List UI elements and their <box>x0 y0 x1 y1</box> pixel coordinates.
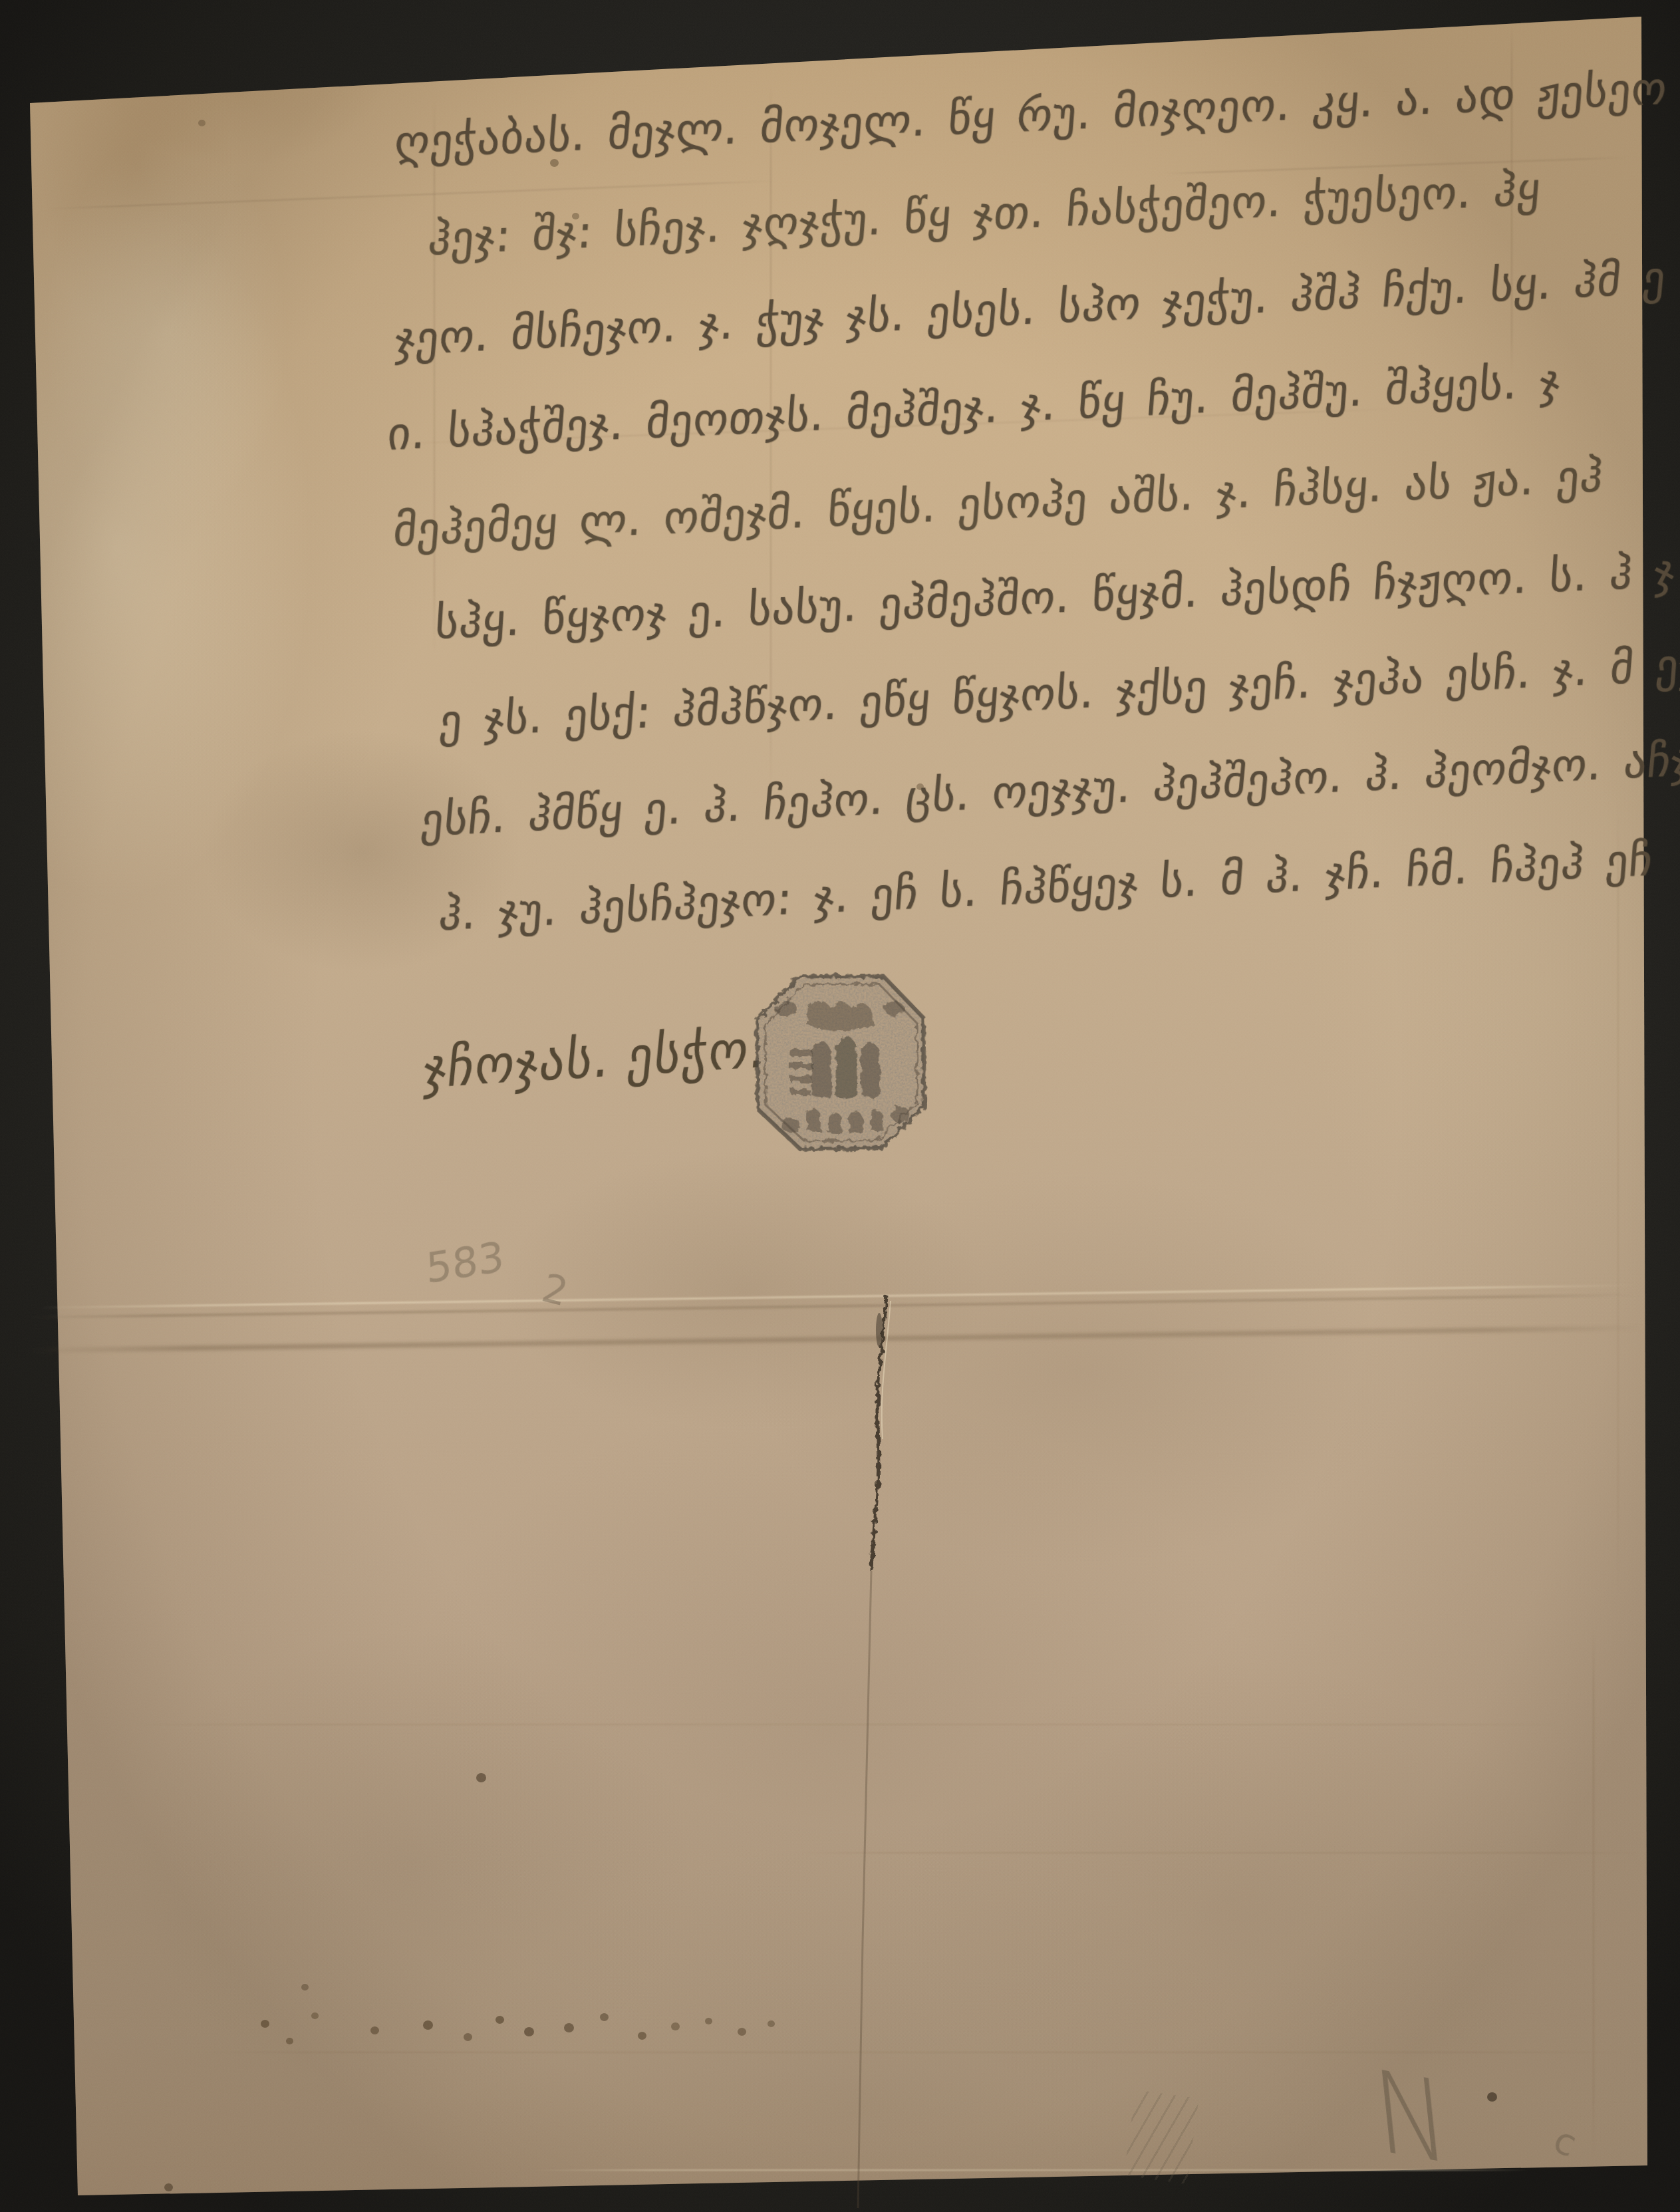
archival-scan: ღეჭაბას. მეჯლ. მოჯელ. წყ რუ. მიჯღეო. კყ.… <box>0 0 1680 2212</box>
vertical-crease <box>1617 798 1619 1596</box>
crease-line <box>798 1852 1643 1854</box>
vertical-crease <box>1593 1629 1594 2155</box>
ink-specks <box>0 0 5 4</box>
pencil-scribble <box>1123 2090 1198 2184</box>
crease-line <box>133 1724 1563 1725</box>
handwriting-block: ღეჭაბას. მეჯლ. მოჯელ. წყ რუ. მიჯღეო. კყ.… <box>372 38 1680 964</box>
crease-line <box>200 2052 1629 2053</box>
crease-highlight <box>532 2169 1530 2171</box>
pencil-mark: N <box>1367 2046 1455 2191</box>
